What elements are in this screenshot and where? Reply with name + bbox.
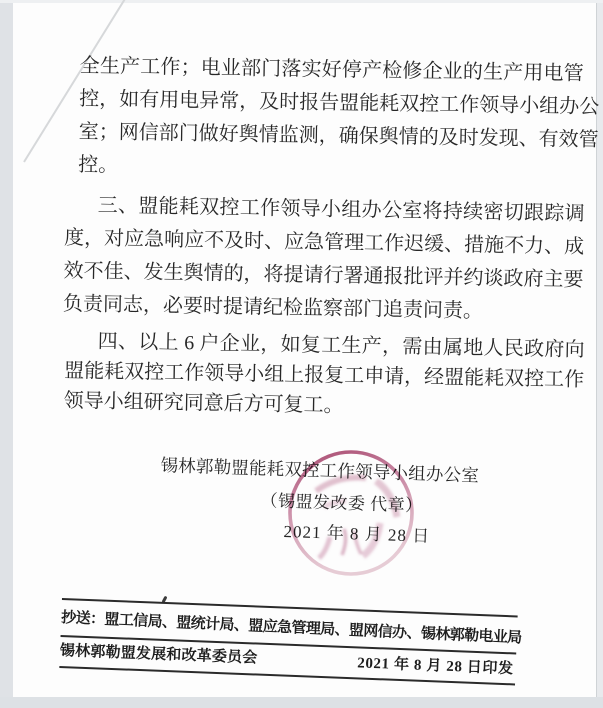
scanned-document-page: 全生产工作；电业部门落实好停产检修企业的生产用电管 控，如有用电异常，及时报告盟… [0, 0, 603, 708]
scan-edge-top [0, 0, 603, 3]
paragraph-safety-production: 全生产工作；电业部门落实好停产检修企业的生产用电管 控，如有用电异常，及时报告盟… [78, 50, 584, 190]
footer-print-date: 2021 年 8 月 28 日印发 [357, 652, 514, 680]
scan-edge-bottom [0, 697, 603, 708]
official-red-seal-icon [284, 449, 420, 581]
paragraph-item-three: 三、盟能耗双控工作领导小组办公室将持续密切跟踪调 度，对应急响应不及时、应急管理… [63, 189, 585, 330]
footer-issuer: 锡林郭勒盟发展和改革委员会 [60, 640, 258, 670]
scan-edge-left [0, 0, 13, 708]
footer-block: 抄送：盟工信局、盟统计局、盟应急管理局、盟网信办、锡林郭勒电业局 锡林郭勒盟发展… [59, 598, 517, 685]
paragraph-item-four: 四、以上 6 户企业，如复工生产，需由属地人民政府向 盟能耗双控工作领导小组上报… [63, 326, 584, 425]
